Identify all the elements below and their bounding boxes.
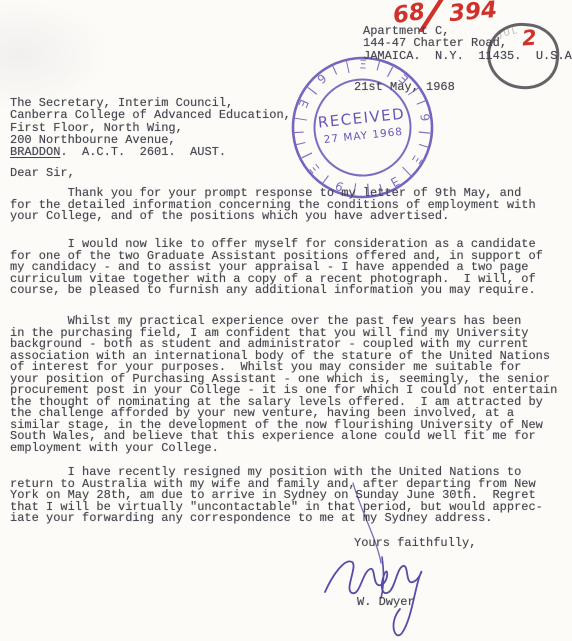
- stamp-outer-ring: [286, 51, 439, 204]
- signature-upstroke: [353, 483, 381, 563]
- signature-name: W. Dwyer: [357, 597, 415, 609]
- file-number-right: 394: [448, 0, 498, 27]
- paragraph-1: Thank you for your prompt response to my…: [10, 188, 536, 223]
- paragraph-3: Whilst my practical experience over the …: [10, 316, 557, 454]
- recipient-city-rest: . A.C.T. 2601. AUST.: [60, 145, 226, 159]
- signature-ink: [295, 470, 465, 641]
- recipient-city-line: BRADDON. A.C.T. 2601. AUST.: [10, 146, 226, 158]
- sender-address: Apartment C, 144-47 Charter Road, JAMAIC…: [363, 25, 572, 62]
- salutation: Dear Sir,: [10, 168, 75, 180]
- recipient-address: The Secretary, Interim Council, Canberra…: [10, 97, 291, 146]
- letter-date: 21st May, 1968: [354, 82, 455, 94]
- recipient-city: BRADDON: [10, 145, 60, 159]
- letter-document: 68 / 394 JUL 2 l | Ǝ ǀ 9 l | Ξ l ǀ Ǝ | l…: [0, 0, 572, 641]
- paragraph-2: I would now like to offer myself for con…: [10, 239, 543, 297]
- received-stamp: l | Ǝ ǀ 9 l | Ξ l ǀ Ǝ | l 9 ǀ l Ξ | Ǝ l …: [282, 47, 444, 209]
